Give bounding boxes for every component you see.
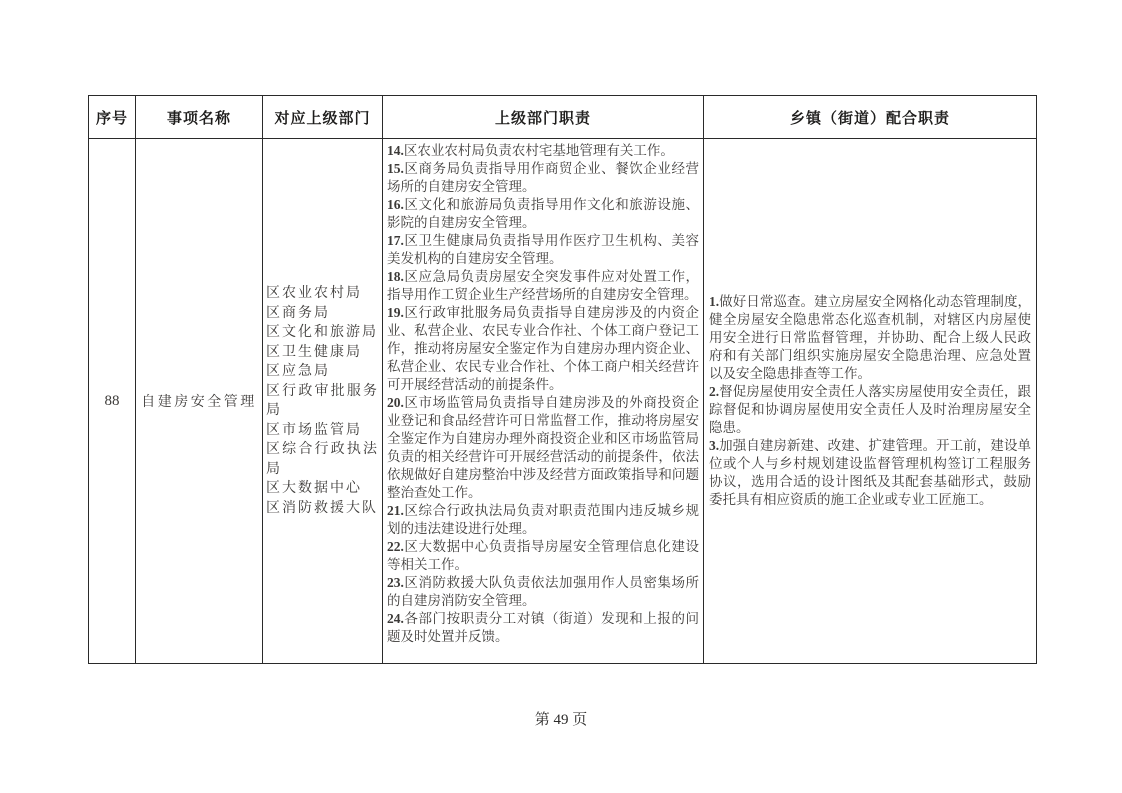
col-header-superior-duties: 上级部门职责: [383, 96, 704, 139]
document-page: 序号 事项名称 对应上级部门 上级部门职责 乡镇（街道）配合职责 88 自建房安…: [0, 0, 1122, 793]
duty-text: 做好日常巡查。建立房屋安全网格化动态管理制度，健全房屋安全隐患常态化巡查机制，对…: [709, 294, 1031, 381]
duties-table: 序号 事项名称 对应上级部门 上级部门职责 乡镇（街道）配合职责 88 自建房安…: [88, 95, 1037, 664]
cell-township-duties: 1.做好日常巡查。建立房屋安全网格化动态管理制度，健全房屋安全隐患常态化巡查机制…: [704, 139, 1037, 664]
superior-duty-item: 22.区大数据中心负责指导房屋安全管理信息化建设等相关工作。: [387, 538, 699, 574]
department-item: 区消防救援大队: [266, 499, 379, 519]
superior-duty-item: 23.区消防救援大队负责依法加强用作人员密集场所的自建房消防安全管理。: [387, 574, 699, 610]
superior-duty-item: 21.区综合行政执法局负责对职责范围内违反城乡规划的违法建设进行处理。: [387, 502, 699, 538]
duty-number: 21.: [387, 503, 404, 518]
superior-duty-item: 15.区商务局负责指导用作商贸企业、餐饮企业经营场所的自建房安全管理。: [387, 160, 699, 196]
duty-number: 17.: [387, 233, 404, 248]
duty-number: 19.: [387, 305, 404, 320]
col-header-index: 序号: [89, 96, 136, 139]
department-item: 区行政审批服务局: [266, 382, 379, 421]
department-item: 区卫生健康局: [266, 343, 379, 363]
superior-duty-item: 24.各部门按职责分工对镇（街道）发现和上报的问题及时处置并反馈。: [387, 610, 699, 646]
duty-text: 区应急局负责房屋安全突发事件应对处置工作，指导用作工贸企业生产经营场所的自建房安…: [387, 269, 699, 302]
superior-duty-item: 16.区文化和旅游局负责指导用作文化和旅游设施、影院的自建房安全管理。: [387, 196, 699, 232]
department-item: 区市场监管局: [266, 421, 379, 441]
superior-duty-item: 14.区农业农村局负责农村宅基地管理有关工作。: [387, 142, 699, 160]
duty-number: 16.: [387, 197, 404, 212]
department-item: 区文化和旅游局: [266, 323, 379, 343]
duty-number: 20.: [387, 395, 404, 410]
township-duty-item: 1.做好日常巡查。建立房屋安全网格化动态管理制度，健全房屋安全隐患常态化巡查机制…: [709, 293, 1031, 383]
duty-text: 区大数据中心负责指导房屋安全管理信息化建设等相关工作。: [387, 539, 699, 572]
superior-duty-item: 19.区行政审批服务局负责指导自建房涉及的内资企业、私营企业、农民专业合作社、个…: [387, 304, 699, 394]
duty-number: 24.: [387, 611, 404, 626]
superior-duty-item: 17.区卫生健康局负责指导用作医疗卫生机构、美容美发机构的自建房安全管理。: [387, 232, 699, 268]
cell-departments: 区农业农村局 区商务局 区文化和旅游局 区卫生健康局 区应急局 区行政审批服务局…: [263, 139, 383, 664]
col-header-township-duties: 乡镇（街道）配合职责: [704, 96, 1037, 139]
cell-superior-duties: 14.区农业农村局负责农村宅基地管理有关工作。 15.区商务局负责指导用作商贸企…: [383, 139, 704, 664]
superior-duty-item: 20.区市场监管局负责指导自建房涉及的外商投资企业登记和食品经营许可日常监督工作…: [387, 394, 699, 502]
duty-text: 区市场监管局负责指导自建房涉及的外商投资企业登记和食品经营许可日常监督工作，推动…: [387, 395, 699, 500]
duty-number: 14.: [387, 143, 404, 158]
superior-duty-item: 18.区应急局负责房屋安全突发事件应对处置工作，指导用作工贸企业生产经营场所的自…: [387, 268, 699, 304]
township-duty-item: 2.督促房屋使用安全责任人落实房屋使用安全责任，跟踪督促和协调房屋使用安全责任人…: [709, 383, 1031, 437]
duty-text: 区消防救援大队负责依法加强用作人员密集场所的自建房消防安全管理。: [387, 575, 699, 608]
duty-number: 18.: [387, 269, 404, 284]
department-item: 区农业农村局: [266, 284, 379, 304]
table-row: 88 自建房安全管理 区农业农村局 区商务局 区文化和旅游局 区卫生健康局 区应…: [89, 139, 1037, 664]
col-header-departments: 对应上级部门: [263, 96, 383, 139]
duty-number: 1.: [709, 294, 719, 309]
department-item: 区应急局: [266, 362, 379, 382]
duty-text: 区商务局负责指导用作商贸企业、餐饮企业经营场所的自建房安全管理。: [387, 161, 699, 194]
duty-text: 加强自建房新建、改建、扩建管理。开工前，建设单位或个人与乡村规划建设监督管理机构…: [709, 438, 1031, 507]
department-item: 区综合行政执法局: [266, 440, 379, 479]
duty-text: 各部门按职责分工对镇（街道）发现和上报的问题及时处置并反馈。: [387, 611, 699, 644]
duty-number: 2.: [709, 384, 719, 399]
duty-number: 23.: [387, 575, 404, 590]
duty-number: 15.: [387, 161, 404, 176]
cell-item-name: 自建房安全管理: [136, 139, 263, 664]
township-duty-item: 3.加强自建房新建、改建、扩建管理。开工前，建设单位或个人与乡村规划建设监督管理…: [709, 437, 1031, 509]
duty-text: 区文化和旅游局负责指导用作文化和旅游设施、影院的自建房安全管理。: [387, 197, 699, 230]
department-item: 区大数据中心: [266, 479, 379, 499]
duty-text: 区综合行政执法局负责对职责范围内违反城乡规划的违法建设进行处理。: [387, 503, 699, 536]
department-item: 区商务局: [266, 304, 379, 324]
cell-row-index: 88: [89, 139, 136, 664]
duty-text: 区农业农村局负责农村宅基地管理有关工作。: [404, 143, 674, 158]
table-header-row: 序号 事项名称 对应上级部门 上级部门职责 乡镇（街道）配合职责: [89, 96, 1037, 139]
duty-text: 督促房屋使用安全责任人落实房屋使用安全责任，跟踪督促和协调房屋使用安全责任人及时…: [709, 384, 1031, 435]
duty-text: 区卫生健康局负责指导用作医疗卫生机构、美容美发机构的自建房安全管理。: [387, 233, 699, 266]
duty-number: 22.: [387, 539, 404, 554]
duty-text: 区行政审批服务局负责指导自建房涉及的内资企业、私营企业、农民专业合作社、个体工商…: [387, 305, 699, 392]
duty-number: 3.: [709, 438, 719, 453]
col-header-item-name: 事项名称: [136, 96, 263, 139]
page-number: 第 49 页: [0, 708, 1122, 729]
